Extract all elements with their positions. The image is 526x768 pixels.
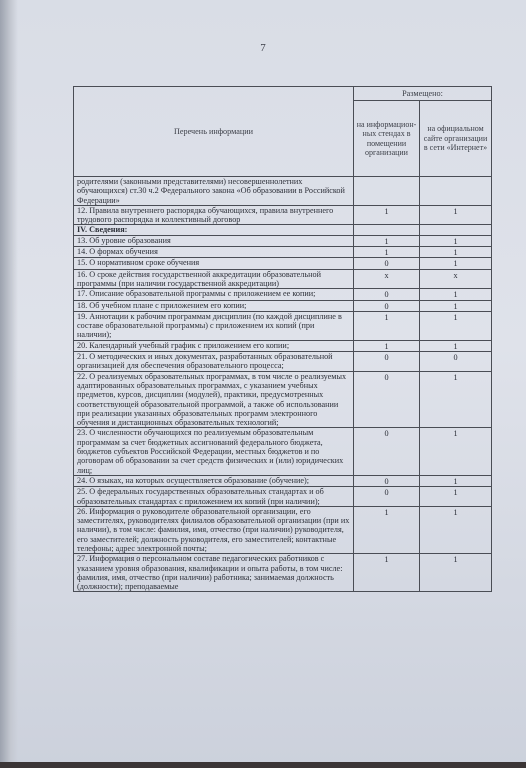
table-row: 13. Об уровне образования11 (74, 235, 492, 246)
row-text: 25. О федеральных государственных образо… (74, 487, 354, 507)
row-text: 19. Аннотации к рабочим программам дисци… (74, 311, 354, 340)
stands-value: 0 (354, 475, 420, 486)
table-row: 18. Об учебном плане с приложением его к… (74, 300, 492, 311)
stands-value: 1 (354, 554, 420, 592)
stands-value (354, 177, 420, 206)
table-row: 24. О языках, на которых осуществляется … (74, 475, 492, 486)
row-text: 20. Календарный учебный график с приложе… (74, 340, 354, 351)
stands-value: 1 (354, 205, 420, 225)
table-row: 17. Описание образовательной программы с… (74, 289, 492, 300)
row-text: 22. О реализуемых образовательных програ… (74, 371, 354, 428)
website-value: 1 (420, 311, 492, 340)
table-row: 20. Календарный учебный график с приложе… (74, 340, 492, 351)
row-text: IV. Сведения: (74, 225, 354, 235)
website-value: 1 (420, 475, 492, 486)
header-website-column: на официальном сайте организации в сети … (420, 101, 492, 177)
table-row: 19. Аннотации к рабочим программам дисци… (74, 311, 492, 340)
row-text: родителями (законными представителями) н… (74, 177, 354, 206)
table-row: 15. О нормативном сроке обучения01 (74, 258, 492, 269)
stands-value: 0 (354, 428, 420, 475)
stands-value (354, 225, 420, 235)
table-row: 21. О методических и иных документах, ра… (74, 352, 492, 372)
stands-value: 1 (354, 235, 420, 246)
website-value: 1 (420, 300, 492, 311)
table-row: 25. О федеральных государственных образо… (74, 487, 492, 507)
stands-value: 0 (354, 352, 420, 372)
row-text: 23. О численности обучающихся по реализу… (74, 428, 354, 475)
website-value: 1 (420, 554, 492, 592)
website-value: 1 (420, 258, 492, 269)
header-stands-column: на информацион-ных стендах в помещении о… (354, 101, 420, 177)
header-placed-group: Размещено: (354, 87, 492, 101)
stands-value: 1 (354, 247, 420, 258)
website-value: 1 (420, 428, 492, 475)
website-value: 1 (420, 247, 492, 258)
stands-value: 1 (354, 311, 420, 340)
row-text: 17. Описание образовательной программы с… (74, 289, 354, 300)
table-row: родителями (законными представителями) н… (74, 177, 492, 206)
row-text: 14. О формах обучения (74, 247, 354, 258)
stands-value: 0 (354, 487, 420, 507)
stands-value: 0 (354, 371, 420, 428)
stands-value: 1 (354, 340, 420, 351)
website-value: 1 (420, 235, 492, 246)
website-value (420, 177, 492, 206)
stands-value: 0 (354, 300, 420, 311)
row-text: 24. О языках, на которых осуществляется … (74, 475, 354, 486)
row-text: 21. О методических и иных документах, ра… (74, 352, 354, 372)
row-text: 27. Информация о персональном составе пе… (74, 554, 354, 592)
row-text: 12. Правила внутреннего распорядка обуча… (74, 205, 354, 225)
stands-value: 1 (354, 506, 420, 553)
table-row: 16. О сроке действия государственной акк… (74, 269, 492, 289)
page-edge-shadow (0, 0, 18, 768)
row-text: 15. О нормативном сроке обучения (74, 258, 354, 269)
website-value: x (420, 269, 492, 289)
table-row: 26. Информация о руководителе образовате… (74, 506, 492, 553)
stands-value: 0 (354, 289, 420, 300)
website-value: 1 (420, 506, 492, 553)
row-text: 18. Об учебном плане с приложением его к… (74, 300, 354, 311)
table-row: 12. Правила внутреннего распорядка обуча… (74, 205, 492, 225)
website-value (420, 225, 492, 235)
stands-value: 0 (354, 258, 420, 269)
table-body: родителями (законными представителями) н… (74, 177, 492, 592)
page-number: 7 (0, 42, 526, 54)
information-table: Перечень информации Размещено: на информ… (73, 86, 492, 592)
website-value: 1 (420, 340, 492, 351)
website-value: 1 (420, 487, 492, 507)
table-row: 14. О формах обучения11 (74, 247, 492, 258)
table-row: 22. О реализуемых образовательных програ… (74, 371, 492, 428)
website-value: 1 (420, 371, 492, 428)
table-row: 23. О численности обучающихся по реализу… (74, 428, 492, 475)
website-value: 1 (420, 205, 492, 225)
website-value: 0 (420, 352, 492, 372)
row-text: 16. О сроке действия государственной акк… (74, 269, 354, 289)
bottom-shadow (0, 762, 526, 768)
row-text: 13. Об уровне образования (74, 235, 354, 246)
stands-value: x (354, 269, 420, 289)
header-list-column: Перечень информации (74, 87, 354, 177)
section-row: IV. Сведения: (74, 225, 492, 235)
website-value: 1 (420, 289, 492, 300)
row-text: 26. Информация о руководителе образовате… (74, 506, 354, 553)
table-row: 27. Информация о персональном составе пе… (74, 554, 492, 592)
